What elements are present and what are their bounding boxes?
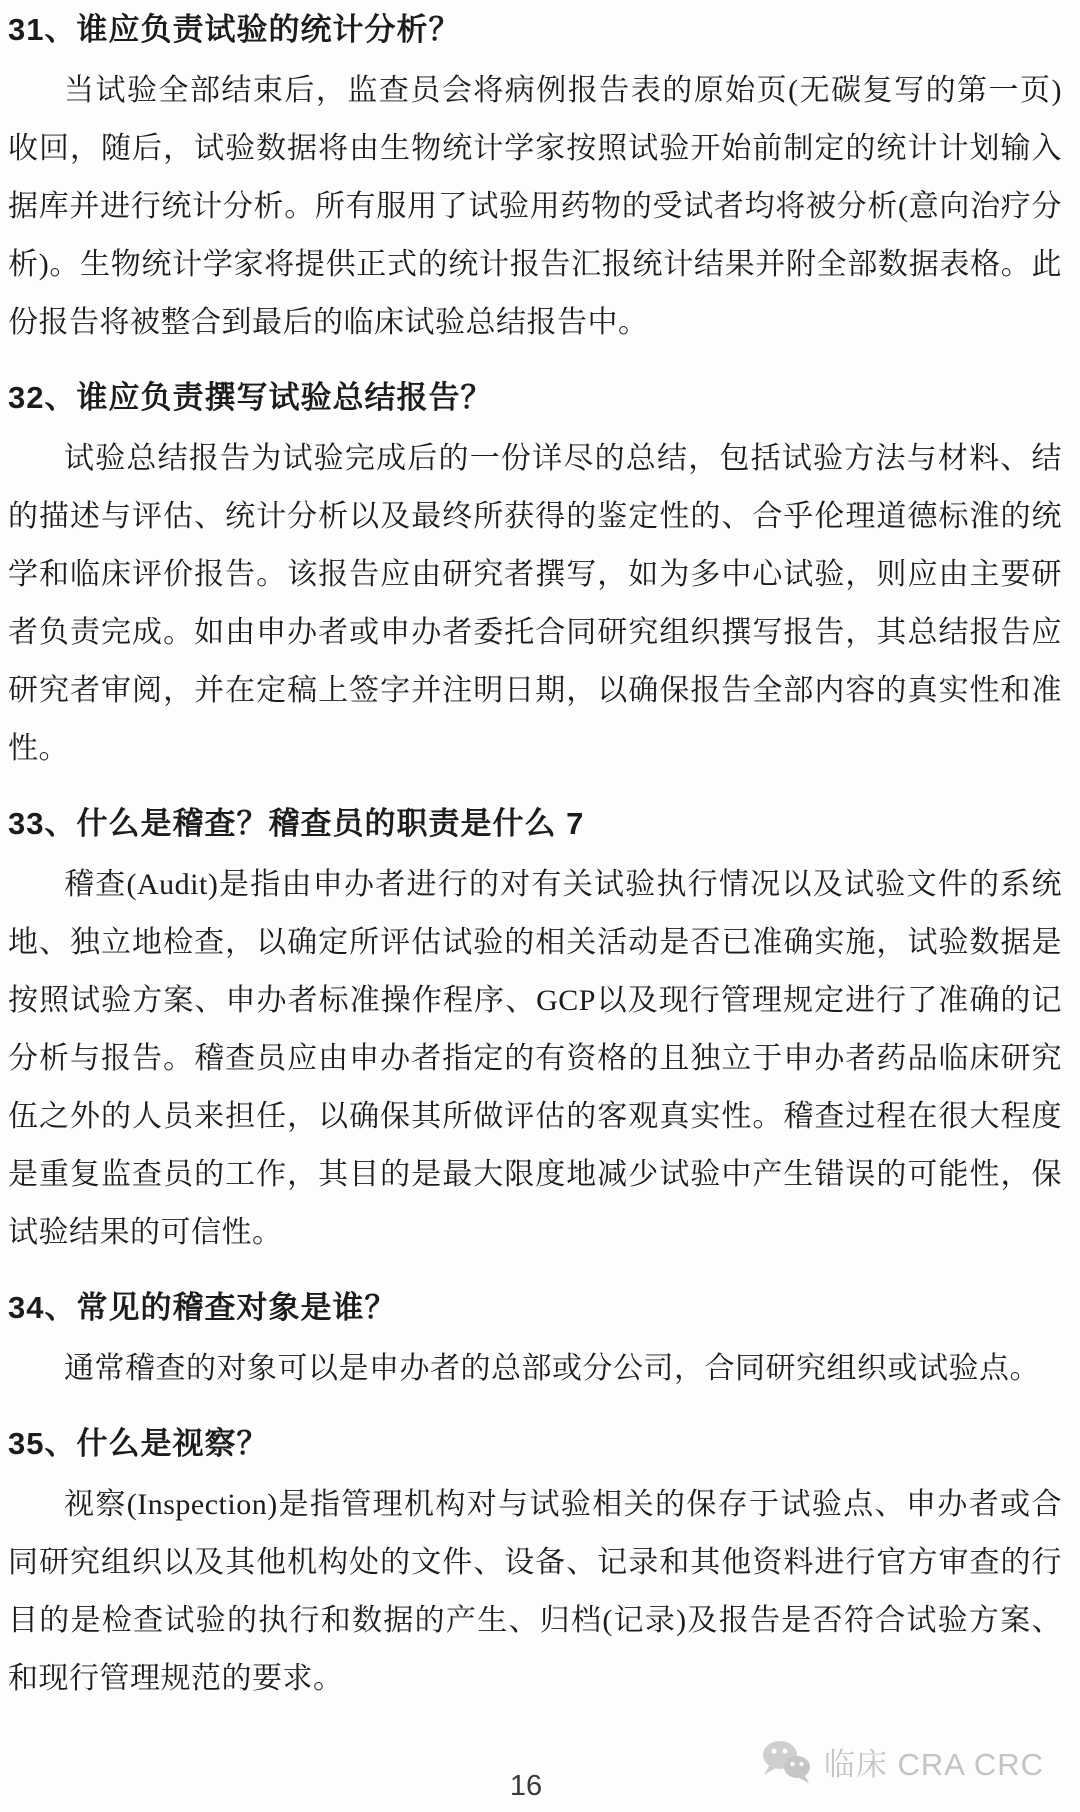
answer-line: 试验结果的可信性。 <box>8 1204 1062 1262</box>
question-heading: 33、什么是稽查？稽查员的职责是什么 7 <box>8 802 1062 846</box>
qa-section: 31、谁应负责试验的统计分析？当试验全部结束后，监查员会将病例报告表的原始页(无… <box>8 8 1062 352</box>
answer-line: 地、独立地检查，以确定所评估试验的相关活动是否已准确实施，试验数据是否 <box>8 914 1062 972</box>
answer-line: 者负责完成。如由申办者或申办者委托合同研究组织撰写报告，其总结报告应由 <box>8 604 1062 662</box>
answer-line: 伍之外的人员来担任，以确保其所做评估的客观真实性。稽查过程在很大程度上 <box>8 1088 1062 1146</box>
question-heading: 35、什么是视察？ <box>8 1422 1062 1466</box>
answer-line: 性。 <box>8 720 1062 778</box>
qa-section: 32、谁应负责撰写试验总结报告？试验总结报告为试验完成后的一份详尽的总结，包括试… <box>8 376 1062 778</box>
answer-paragraph: 稽查(Audit)是指由申办者进行的对有关试验执行情况以及试验文件的系统地、独立… <box>8 856 1062 1262</box>
page-number: 16 <box>0 1770 1052 1803</box>
answer-paragraph: 视察(Inspection)是指管理机构对与试验相关的保存于试验点、申办者或合同… <box>8 1476 1062 1708</box>
answer-line: 份报告将被整合到最后的临床试验总结报告中。 <box>8 294 1062 352</box>
qa-section: 34、常见的稽查对象是谁？通常稽查的对象可以是申办者的总部或分公司，合同研究组织… <box>8 1286 1062 1398</box>
answer-line: 试验总结报告为试验完成后的一份详尽的总结，包括试验方法与材料、结果 <box>8 430 1062 488</box>
answer-line: 视察(Inspection)是指管理机构对与试验相关的保存于试验点、申办者或合 <box>8 1476 1062 1534</box>
answer-line: 按照试验方案、申办者标准操作程序、GCP以及现行管理规定进行了准确的记录、 <box>8 972 1062 1030</box>
answer-line: 通常稽查的对象可以是申办者的总部或分公司，合同研究组织或试验点。 <box>8 1340 1062 1398</box>
answer-paragraph: 试验总结报告为试验完成后的一份详尽的总结，包括试验方法与材料、结果的描述与评估、… <box>8 430 1062 778</box>
answer-line: 据库并进行统计分析。所有服用了试验用药物的受试者均将被分析(意向治疗分 <box>8 178 1062 236</box>
answer-line: 和现行管理规范的要求。 <box>8 1650 1062 1708</box>
document-page: 31、谁应负责试验的统计分析？当试验全部结束后，监查员会将病例报告表的原始页(无… <box>0 0 1080 1812</box>
qa-section: 33、什么是稽查？稽查员的职责是什么 7稽查(Audit)是指由申办者进行的对有… <box>8 802 1062 1262</box>
answer-line: 当试验全部结束后，监查员会将病例报告表的原始页(无碳复写的第一页) <box>8 62 1062 120</box>
answer-line: 收回，随后，试验数据将由生物统计学家按照试验开始前制定的统计计划输入数 <box>8 120 1062 178</box>
answer-line: 是重复监查员的工作，其目的是最大限度地减少试验中产生错误的可能性，保证 <box>8 1146 1062 1204</box>
qa-sections: 31、谁应负责试验的统计分析？当试验全部结束后，监查员会将病例报告表的原始页(无… <box>8 8 1062 1708</box>
answer-line: 稽查(Audit)是指由申办者进行的对有关试验执行情况以及试验文件的系统 <box>8 856 1062 914</box>
answer-line: 析)。生物统计学家将提供正式的统计报告汇报统计结果并附全部数据表格。此 <box>8 236 1062 294</box>
answer-line: 研究者审阅，并在定稿上签字并注明日期，以确保报告全部内容的真实性和准确 <box>8 662 1062 720</box>
answer-paragraph: 通常稽查的对象可以是申办者的总部或分公司，合同研究组织或试验点。 <box>8 1340 1062 1398</box>
question-heading: 34、常见的稽查对象是谁？ <box>8 1286 1062 1330</box>
answer-line: 的描述与评估、统计分析以及最终所获得的鉴定性的、合乎伦理道德标淮的统计 <box>8 488 1062 546</box>
answer-paragraph: 当试验全部结束后，监查员会将病例报告表的原始页(无碳复写的第一页)收回，随后，试… <box>8 62 1062 352</box>
qa-section: 35、什么是视察？视察(Inspection)是指管理机构对与试验相关的保存于试… <box>8 1422 1062 1708</box>
answer-line: 分析与报告。稽查员应由申办者指定的有资格的且独立于申办者药品临床研究队 <box>8 1030 1062 1088</box>
answer-line: 同研究组织以及其他机构处的文件、设备、记录和其他资料进行官方审查的行为， <box>8 1534 1062 1592</box>
question-heading: 32、谁应负责撰写试验总结报告？ <box>8 376 1062 420</box>
answer-line: 学和临床评价报告。该报告应由研究者撰写，如为多中心试验，则应由主要研究 <box>8 546 1062 604</box>
answer-line: 目的是检查试验的执行和数据的产生、归档(记录)及报告是否符合试验方案、GCP <box>8 1592 1062 1650</box>
question-heading: 31、谁应负责试验的统计分析？ <box>8 8 1062 52</box>
